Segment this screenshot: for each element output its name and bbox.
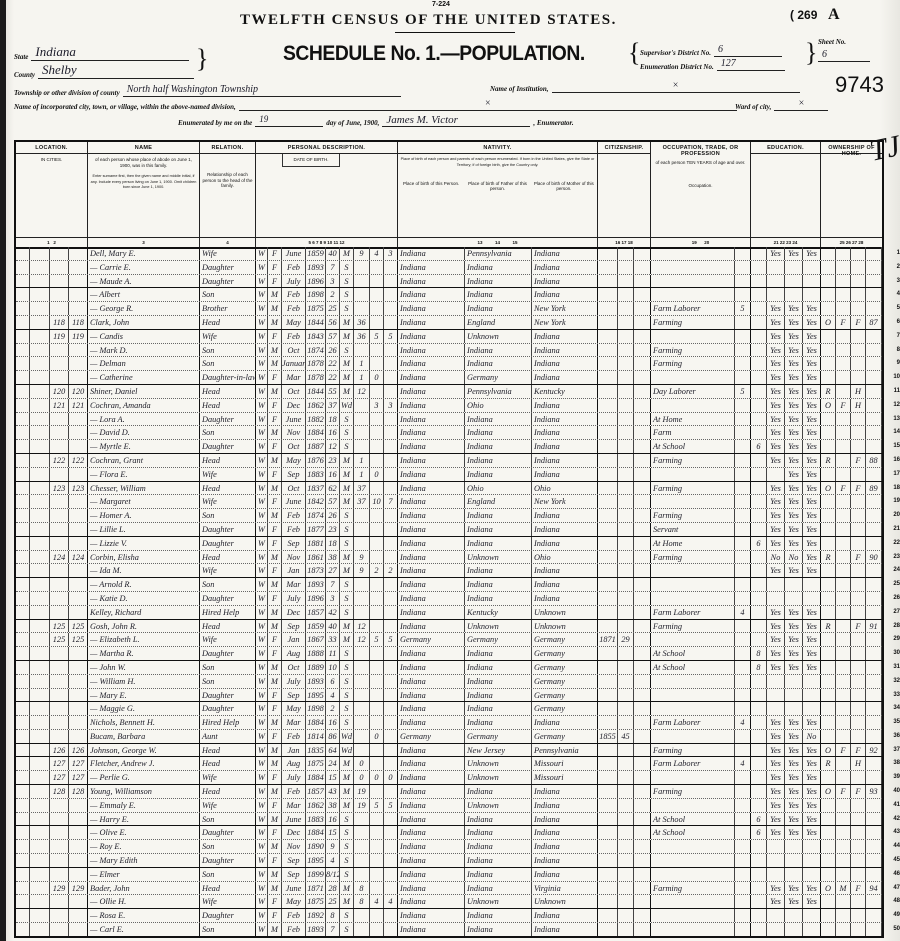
- attended-school-cell: [751, 744, 767, 757]
- naturalization-cell: [634, 854, 651, 867]
- children-living-cell: [384, 509, 398, 522]
- immigration-year-cell: [598, 716, 618, 729]
- empty-cell: [30, 826, 50, 839]
- birth-year-cell: 1862: [306, 399, 326, 412]
- months-unemployed-cell: [735, 288, 751, 301]
- birthplace-person-cell: Indiana: [398, 288, 465, 301]
- birthplace-person-cell: Indiana: [398, 757, 465, 770]
- dwelling-number-cell: [50, 495, 69, 508]
- farm-house-cell: [851, 468, 866, 481]
- birthplace-mother-cell: Missouri: [532, 771, 598, 784]
- sex-cell: F: [268, 261, 282, 274]
- age-cell: 10: [326, 661, 340, 674]
- person-name-cell: Young, Williamson: [88, 785, 200, 798]
- can-write-cell: Yes: [785, 426, 803, 439]
- line-number: 13: [893, 413, 900, 427]
- owned-rented-cell: O: [821, 399, 836, 412]
- farm-schedule-number-cell: [866, 868, 882, 881]
- person-name-cell: Dell, Mary E.: [88, 247, 200, 260]
- relation-cell: Daughter: [200, 826, 256, 839]
- color-race-cell: W: [256, 247, 268, 260]
- children-living-cell: [384, 854, 398, 867]
- can-speak-english-cell: Yes: [803, 385, 821, 398]
- empty-cell: [30, 647, 50, 660]
- sex-cell: F: [268, 895, 282, 908]
- years-in-us-cell: [618, 757, 634, 770]
- attended-school-cell: [751, 385, 767, 398]
- empty-cell: [30, 620, 50, 633]
- table-body: Dell, Mary E.WifeWFJune185940M943Indiana…: [16, 247, 882, 937]
- dwelling-number-cell: [50, 826, 69, 839]
- owned-rented-cell: [821, 675, 836, 688]
- person-name-cell: — Candis: [88, 330, 200, 343]
- free-mortgaged-cell: [836, 592, 851, 605]
- farm-house-cell: H: [851, 385, 866, 398]
- mother-of-cell: [370, 661, 384, 674]
- years-married-cell: [354, 288, 370, 301]
- farm-schedule-number-cell: [866, 288, 882, 301]
- empty-cell: [30, 592, 50, 605]
- marital-status-cell: S: [340, 578, 354, 591]
- owned-rented-cell: O: [821, 882, 836, 895]
- naturalization-cell: [634, 675, 651, 688]
- years-married-cell: [354, 261, 370, 274]
- years-in-us-cell: [618, 813, 634, 826]
- years-in-us-cell: [618, 482, 634, 495]
- months-unemployed-cell: [735, 454, 751, 467]
- immigration-year-cell: [598, 647, 618, 660]
- empty-cell: [30, 564, 50, 577]
- sex-cell: F: [268, 537, 282, 550]
- years-married-cell: [354, 813, 370, 826]
- relation-cell: Son: [200, 661, 256, 674]
- birthplace-mother-cell: Germany: [532, 661, 598, 674]
- birth-year-cell: 1892: [306, 909, 326, 922]
- dwelling-number-cell: [50, 426, 69, 439]
- mother-of-cell: [370, 509, 384, 522]
- birth-month-cell: Aug: [282, 647, 306, 660]
- sex-cell: F: [268, 592, 282, 605]
- birth-month-cell: Sep: [282, 854, 306, 867]
- can-read-cell: [767, 854, 785, 867]
- mother-of-cell: [370, 647, 384, 660]
- attended-school-cell: [751, 909, 767, 922]
- relation-cell: Head: [200, 785, 256, 798]
- children-living-cell: [384, 702, 398, 715]
- naturalization-cell: [634, 330, 651, 343]
- relation-cell: Head: [200, 551, 256, 564]
- relation-cell: Head: [200, 399, 256, 412]
- person-name-cell: — Ida M.: [88, 564, 200, 577]
- empty-cell: [30, 357, 50, 370]
- empty-cell: [30, 275, 50, 288]
- line-number: 24: [893, 564, 900, 578]
- schedule-title: SCHEDULE No. 1.—POPULATION.: [283, 42, 585, 66]
- table-row: 126126Johnson, George W.HeadWMJan183564W…: [16, 744, 882, 758]
- relation-cell: Daughter: [200, 854, 256, 867]
- can-speak-english-cell: Yes: [803, 316, 821, 329]
- owned-rented-cell: [821, 275, 836, 288]
- dwelling-number-cell: [50, 564, 69, 577]
- birth-year-cell: 1888: [306, 647, 326, 660]
- can-write-cell: Yes: [785, 454, 803, 467]
- empty-cell: [30, 426, 50, 439]
- population-table: LOCATION. IN CITIES. 1 2 NAME of each pe…: [14, 140, 884, 938]
- relation-cell: Son: [200, 675, 256, 688]
- color-race-cell: W: [256, 813, 268, 826]
- farm-house-cell: [851, 288, 866, 301]
- children-living-cell: [384, 882, 398, 895]
- naturalization-cell: [634, 413, 651, 426]
- can-write-cell: Yes: [785, 330, 803, 343]
- family-number-cell: 121: [69, 399, 88, 412]
- marital-status-cell: S: [340, 868, 354, 881]
- birth-month-cell: Oct: [282, 344, 306, 357]
- free-mortgaged-cell: [836, 909, 851, 922]
- immigration-year-cell: [598, 689, 618, 702]
- farm-house-cell: F: [851, 551, 866, 564]
- sex-cell: M: [268, 344, 282, 357]
- farm-schedule-number-cell: 87: [866, 316, 882, 329]
- birthplace-father-cell: Indiana: [465, 702, 532, 715]
- marital-status-cell: M: [340, 371, 354, 384]
- line-number: 38: [893, 757, 900, 771]
- can-write-cell: [785, 854, 803, 867]
- marital-status-cell: M: [340, 482, 354, 495]
- free-mortgaged-cell: [836, 620, 851, 633]
- owned-rented-cell: [821, 647, 836, 660]
- owned-rented-cell: [821, 689, 836, 702]
- years-married-cell: 8: [354, 882, 370, 895]
- can-read-cell: Yes: [767, 813, 785, 826]
- person-name-cell: — Maude A.: [88, 275, 200, 288]
- line-number: 8: [897, 344, 900, 358]
- years-married-cell: [354, 730, 370, 743]
- farm-house-cell: [851, 330, 866, 343]
- farm-house-cell: [851, 730, 866, 743]
- mother-of-cell: 4: [370, 247, 384, 260]
- years-in-us-cell: [618, 468, 634, 481]
- can-write-cell: Yes: [785, 757, 803, 770]
- family-number-cell: [69, 578, 88, 591]
- owned-rented-cell: [821, 854, 836, 867]
- birthplace-father-cell: Germany: [465, 730, 532, 743]
- empty-cell: [16, 785, 30, 798]
- person-name-cell: — Carrie E.: [88, 261, 200, 274]
- children-living-cell: [384, 785, 398, 798]
- free-mortgaged-cell: [836, 606, 851, 619]
- free-mortgaged-cell: F: [836, 744, 851, 757]
- person-name-cell: — George R.: [88, 302, 200, 315]
- years-married-cell: [354, 592, 370, 605]
- age-cell: 40: [326, 247, 340, 260]
- can-write-cell: [785, 592, 803, 605]
- farm-house-cell: [851, 606, 866, 619]
- occupation-cell: [651, 868, 735, 881]
- attended-school-cell: [751, 785, 767, 798]
- occupation-cell: [651, 288, 735, 301]
- birthplace-person-cell: Indiana: [398, 468, 465, 481]
- birthplace-father-cell: Indiana: [465, 440, 532, 453]
- age-cell: 43: [326, 785, 340, 798]
- sex-cell: F: [268, 799, 282, 812]
- birthplace-mother-cell: Indiana: [532, 468, 598, 481]
- immigration-year-cell: [598, 771, 618, 784]
- farm-schedule-number-cell: [866, 647, 882, 660]
- owned-rented-cell: [821, 413, 836, 426]
- age-cell: 27: [326, 564, 340, 577]
- family-number-cell: 127: [69, 771, 88, 784]
- occupation-cell: At Home: [651, 413, 735, 426]
- mother-of-cell: 5: [370, 330, 384, 343]
- age-cell: 64: [326, 744, 340, 757]
- free-mortgaged-cell: [836, 689, 851, 702]
- relation-cell: Son: [200, 288, 256, 301]
- marital-status-cell: S: [340, 606, 354, 619]
- person-name-cell: Cochran, Amanda: [88, 399, 200, 412]
- mother-of-cell: [370, 385, 384, 398]
- can-speak-english-cell: [803, 909, 821, 922]
- months-unemployed-cell: [735, 564, 751, 577]
- occupation-cell: [651, 675, 735, 688]
- birth-month-cell: June: [282, 413, 306, 426]
- birthplace-person-cell: Indiana: [398, 578, 465, 591]
- can-speak-english-cell: [803, 868, 821, 881]
- empty-cell: [30, 330, 50, 343]
- mother-of-cell: [370, 454, 384, 467]
- relation-cell: Head: [200, 757, 256, 770]
- immigration-year-cell: [598, 385, 618, 398]
- dwelling-number-cell: [50, 468, 69, 481]
- dwelling-number-cell: [50, 730, 69, 743]
- marital-status-cell: S: [340, 509, 354, 522]
- immigration-year-cell: [598, 578, 618, 591]
- color-race-cell: W: [256, 426, 268, 439]
- family-number-cell: 124: [69, 551, 88, 564]
- empty-cell: [16, 302, 30, 315]
- table-row: — AlbertSonWMFeb18982SIndianaIndianaIndi…: [16, 288, 882, 302]
- occupation-cell: Farm Laborer: [651, 716, 735, 729]
- months-unemployed-cell: [735, 330, 751, 343]
- attended-school-cell: [751, 882, 767, 895]
- can-write-cell: Yes: [785, 606, 803, 619]
- immigration-year-cell: [598, 413, 618, 426]
- occupation-cell: Farming: [651, 882, 735, 895]
- supervisor-district: 6: [714, 44, 782, 57]
- empty-cell: [16, 716, 30, 729]
- brace: {: [628, 40, 640, 66]
- location-header: LOCATION. IN CITIES. 1 2: [16, 142, 88, 247]
- farm-schedule-number-cell: [866, 923, 882, 936]
- free-mortgaged-cell: [836, 454, 851, 467]
- can-read-cell: Yes: [767, 647, 785, 660]
- family-number-cell: [69, 854, 88, 867]
- owned-rented-cell: [821, 440, 836, 453]
- color-race-cell: W: [256, 468, 268, 481]
- relation-cell: Daughter: [200, 261, 256, 274]
- immigration-year-cell: [598, 440, 618, 453]
- children-living-cell: [384, 440, 398, 453]
- immigration-year-cell: [598, 909, 618, 922]
- can-write-cell: Yes: [785, 716, 803, 729]
- marital-status-cell: M: [340, 316, 354, 329]
- months-unemployed-cell: [735, 744, 751, 757]
- occupation-cell: [651, 799, 735, 812]
- family-number-cell: 120: [69, 385, 88, 398]
- free-mortgaged-cell: [836, 564, 851, 577]
- empty-cell: [16, 344, 30, 357]
- children-living-cell: [384, 730, 398, 743]
- birthplace-mother-cell: Germany: [532, 689, 598, 702]
- marital-status-cell: M: [340, 620, 354, 633]
- months-unemployed-cell: [735, 647, 751, 660]
- empty-cell: [30, 909, 50, 922]
- owned-rented-cell: [821, 564, 836, 577]
- farm-schedule-number-cell: 90: [866, 551, 882, 564]
- birth-month-cell: Sep: [282, 689, 306, 702]
- immigration-year-cell: [598, 813, 618, 826]
- dwelling-number-cell: [50, 275, 69, 288]
- empty-cell: [16, 523, 30, 536]
- years-in-us-cell: [618, 551, 634, 564]
- color-race-cell: W: [256, 785, 268, 798]
- attended-school-cell: 8: [751, 647, 767, 660]
- can-speak-english-cell: Yes: [803, 771, 821, 784]
- free-mortgaged-cell: [836, 826, 851, 839]
- children-living-cell: [384, 826, 398, 839]
- birth-month-cell: Nov: [282, 840, 306, 853]
- owned-rented-cell: [821, 771, 836, 784]
- birthplace-mother-cell: Indiana: [532, 840, 598, 853]
- birthplace-mother-cell: Indiana: [532, 399, 598, 412]
- years-in-us-cell: [618, 840, 634, 853]
- ward-value: ×: [774, 98, 828, 111]
- family-number-cell: [69, 730, 88, 743]
- free-mortgaged-cell: [836, 523, 851, 536]
- age-cell: 38: [326, 551, 340, 564]
- line-number: 21: [893, 523, 900, 537]
- county-field: County Shelby: [14, 62, 194, 79]
- years-in-us-cell: [618, 771, 634, 784]
- can-read-cell: Yes: [767, 371, 785, 384]
- mother-of-cell: [370, 413, 384, 426]
- family-number-cell: [69, 647, 88, 660]
- years-married-cell: [354, 523, 370, 536]
- can-read-cell: Yes: [767, 454, 785, 467]
- free-mortgaged-cell: [836, 413, 851, 426]
- birth-year-cell: 1887: [306, 440, 326, 453]
- mother-of-cell: [370, 261, 384, 274]
- can-speak-english-cell: Yes: [803, 344, 821, 357]
- birthplace-mother-cell: Indiana: [532, 923, 598, 936]
- naturalization-cell: [634, 564, 651, 577]
- years-in-us-cell: [618, 357, 634, 370]
- marital-status-cell: S: [340, 909, 354, 922]
- can-speak-english-cell: Yes: [803, 523, 821, 536]
- color-race-cell: W: [256, 757, 268, 770]
- farm-schedule-number-cell: [866, 523, 882, 536]
- can-speak-english-cell: Yes: [803, 564, 821, 577]
- immigration-year-cell: [598, 523, 618, 536]
- attended-school-cell: [751, 854, 767, 867]
- institution-field: Name of Institution, ×: [490, 80, 800, 93]
- naturalization-cell: [634, 716, 651, 729]
- empty-cell: [16, 426, 30, 439]
- months-unemployed-cell: [735, 923, 751, 936]
- empty-cell: [30, 344, 50, 357]
- years-in-us-cell: [618, 371, 634, 384]
- family-number-cell: 126: [69, 744, 88, 757]
- birthplace-person-cell: Indiana: [398, 564, 465, 577]
- empty-cell: [16, 413, 30, 426]
- sex-cell: F: [268, 247, 282, 260]
- line-number: 49: [893, 909, 900, 923]
- sex-cell: M: [268, 509, 282, 522]
- farm-schedule-number-cell: [866, 757, 882, 770]
- naturalization-cell: [634, 426, 651, 439]
- age-cell: 2: [326, 702, 340, 715]
- empty-cell: [30, 785, 50, 798]
- family-number-cell: 118: [69, 316, 88, 329]
- years-in-us-cell: [618, 923, 634, 936]
- can-speak-english-cell: [803, 675, 821, 688]
- line-number: 37: [893, 744, 900, 758]
- birthplace-father-cell: Indiana: [465, 413, 532, 426]
- person-name-cell: — Emmaly E.: [88, 799, 200, 812]
- immigration-year-cell: [598, 275, 618, 288]
- can-speak-english-cell: [803, 840, 821, 853]
- occupation-cell: [651, 909, 735, 922]
- birth-month-cell: Feb: [282, 261, 306, 274]
- years-married-cell: [354, 578, 370, 591]
- naturalization-cell: [634, 882, 651, 895]
- children-living-cell: [384, 647, 398, 660]
- person-name-cell: Cochran, Grant: [88, 454, 200, 467]
- mother-of-cell: [370, 675, 384, 688]
- family-number-cell: [69, 675, 88, 688]
- years-in-us-cell: [618, 385, 634, 398]
- line-number: 23: [893, 551, 900, 565]
- birth-month-cell: Feb: [282, 302, 306, 315]
- farm-schedule-number-cell: [866, 606, 882, 619]
- months-unemployed-cell: [735, 909, 751, 922]
- farm-schedule-number-cell: [866, 371, 882, 384]
- empty-cell: [16, 371, 30, 384]
- naturalization-cell: [634, 868, 651, 881]
- dwelling-number-cell: [50, 413, 69, 426]
- naturalization-cell: [634, 799, 651, 812]
- can-read-cell: Yes: [767, 426, 785, 439]
- farm-house-cell: [851, 661, 866, 674]
- family-number-cell: [69, 909, 88, 922]
- owned-rented-cell: R: [821, 551, 836, 564]
- person-name-cell: — William H.: [88, 675, 200, 688]
- immigration-year-cell: [598, 785, 618, 798]
- birth-month-cell: May: [282, 702, 306, 715]
- empty-cell: [30, 509, 50, 522]
- person-name-cell: — Lora A.: [88, 413, 200, 426]
- birthplace-mother-cell: Indiana: [532, 799, 598, 812]
- empty-cell: [30, 744, 50, 757]
- birth-year-cell: 1871: [306, 882, 326, 895]
- dwelling-number-cell: [50, 675, 69, 688]
- family-number-cell: [69, 495, 88, 508]
- can-read-cell: Yes: [767, 744, 785, 757]
- empty-cell: [30, 702, 50, 715]
- dwelling-number-cell: [50, 895, 69, 908]
- relation-cell: Son: [200, 426, 256, 439]
- months-unemployed-cell: [735, 799, 751, 812]
